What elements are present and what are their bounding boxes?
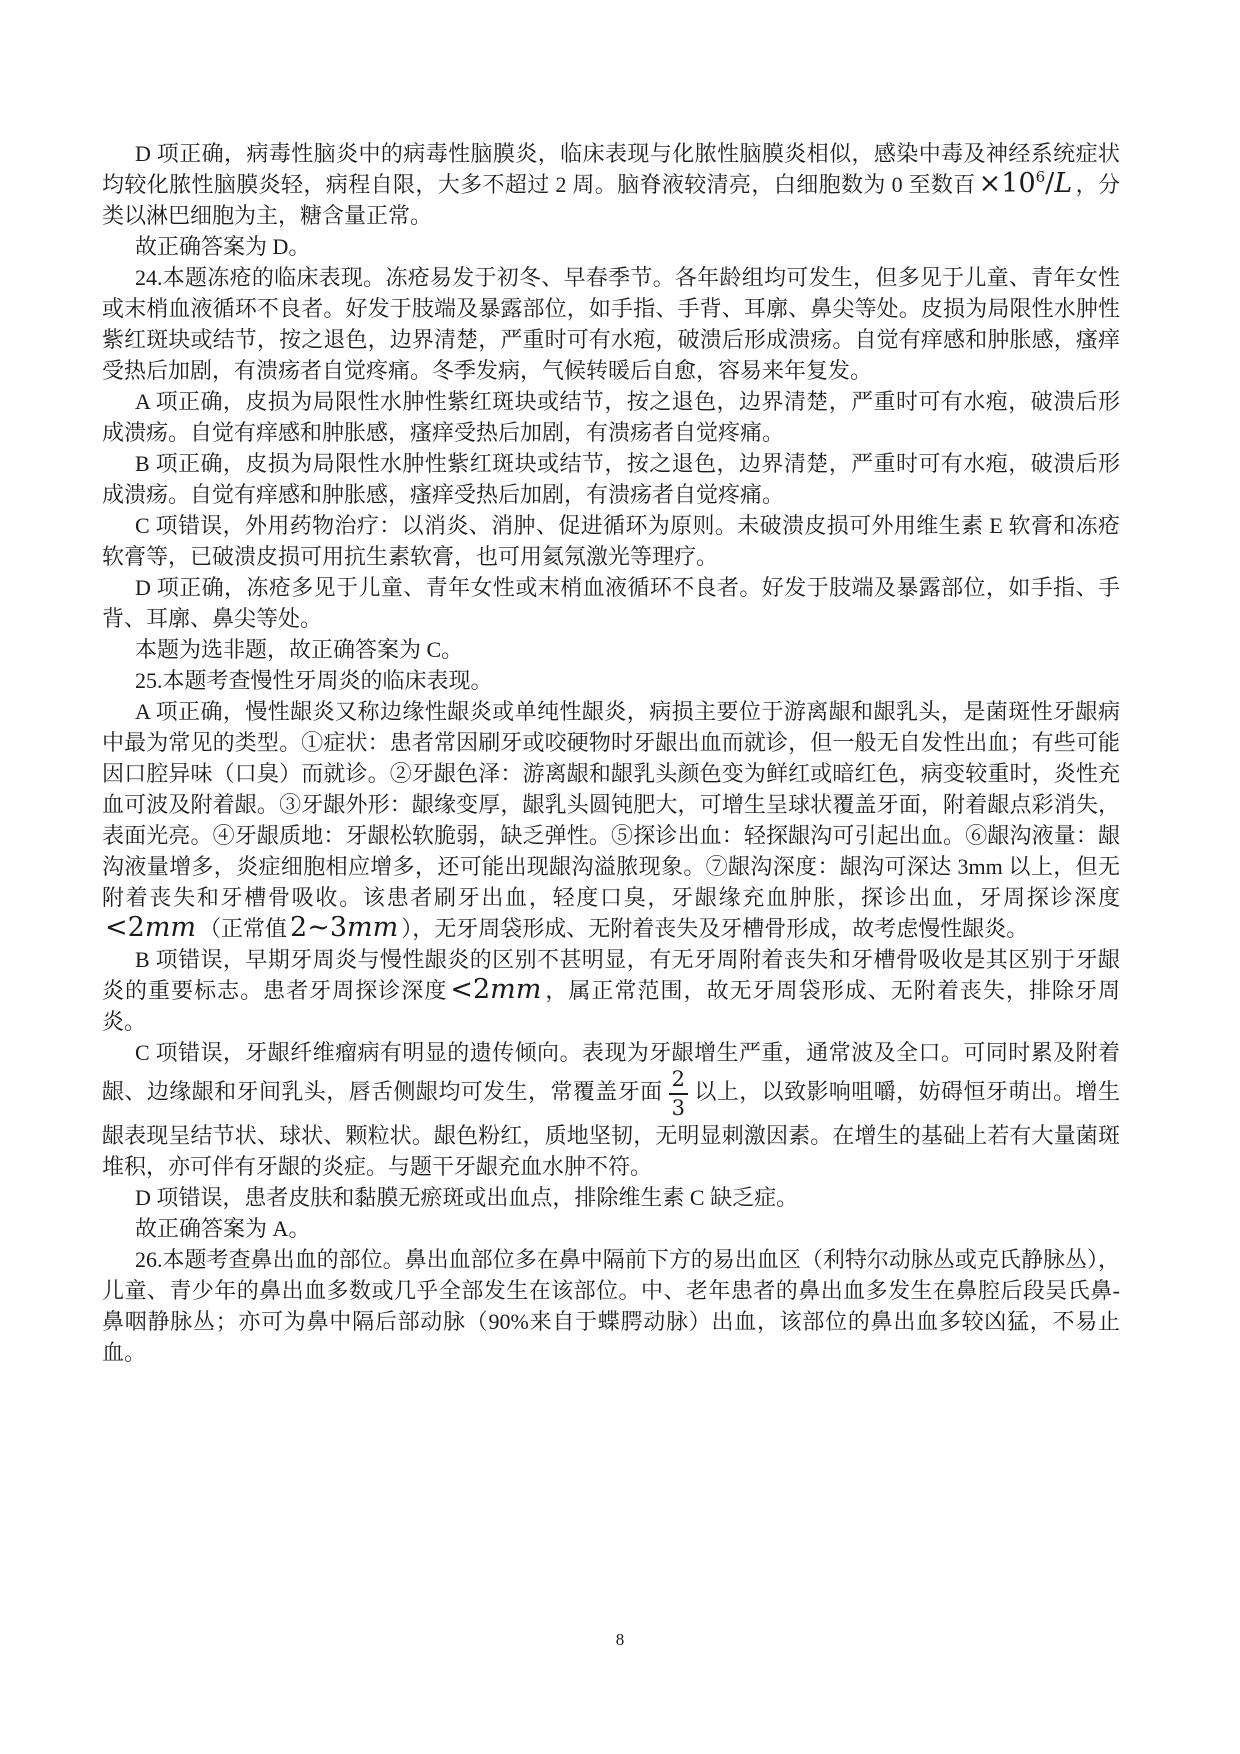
text-run: C 项错误，外用药物治疗：以消炎、消肿、促进循环为原则。未破溃皮损可外用维生素 … [102,513,1120,569]
text-run: 本题为选非题，故正确答案为 C。 [135,637,463,662]
math-fraction: 23 [669,1068,688,1120]
paragraph: 26.本题考查鼻出血的部位。鼻出血部位多在鼻中隔前下方的易出血区（利特尔动脉丛或… [102,1244,1120,1368]
paragraph: 25.本题考查慢性牙周炎的临床表现。 [102,665,1120,696]
paragraph: B 项正确，皮损为局限性水肿性紫红斑块或结节，按之退色，边界清楚，严重时可有水疱… [102,448,1120,510]
text-run: D 项正确，病毒性脑炎中的病毒性脑膜炎，临床表现与化脓性脑膜炎相似，感染中毒及神… [102,141,1120,197]
math-variable: mm [490,974,541,1005]
paragraph: 24.本题冻疮的临床表现。冻疮易发于初冬、早春季节。各年龄组均可发生，但多见于儿… [102,262,1120,386]
math-variable: mm [145,912,196,943]
paragraph: D 项正确，病毒性脑炎中的病毒性脑膜炎，临床表现与化脓性脑膜炎相似，感染中毒及神… [102,138,1120,231]
math-variable: mm [347,912,398,943]
math-scientific-notation: ×106/L [976,168,1076,199]
text-run: A 项正确，慢性龈炎又称边缘性龈炎或单纯性龈炎，病损主要位于游离龈和龈乳头，是菌… [102,699,1120,910]
math-variable: L [1054,168,1072,199]
paragraph: B 项错误，早期牙周炎与慢性龈炎的区别不甚明显，有无牙周附着丧失和牙槽骨吸收是其… [102,944,1120,1037]
paragraph: D 项错误，患者皮肤和黏膜无瘀斑或出血点，排除维生素 C 缺乏症。 [102,1182,1120,1213]
math-inline: <2mm [102,912,199,943]
fraction-denominator: 3 [669,1095,688,1120]
paragraph: C 项错误，牙龈纤维瘤病有明显的遗传倾向。表现为牙龈增生严重，通常波及全口。可同… [102,1037,1120,1182]
text-run: A 项正确，皮损为局限性水肿性紫红斑块或结节，按之退色，边界清楚，严重时可有水疱… [102,389,1120,445]
paragraph: A 项正确，慢性龈炎又称边缘性龈炎或单纯性龈炎，病损主要位于游离龈和龈乳头，是菌… [102,696,1120,944]
paragraph: 故正确答案为 D。 [102,231,1120,262]
text-run: 故正确答案为 A。 [135,1216,310,1241]
math-exponent: 6 [1036,168,1046,186]
text-run: D 项错误，患者皮肤和黏膜无瘀斑或出血点，排除维生素 C 缺乏症。 [135,1185,798,1210]
paragraph: 故正确答案为 A。 [102,1213,1120,1244]
text-run: 26.本题考查鼻出血的部位。鼻出血部位多在鼻中隔前下方的易出血区（利特尔动脉丛或… [102,1247,1120,1365]
paragraph: A 项正确，皮损为局限性水肿性紫红斑块或结节，按之退色，边界清楚，严重时可有水疱… [102,386,1120,448]
document-page: D 项正确，病毒性脑炎中的病毒性脑膜炎，临床表现与化脓性脑膜炎相似，感染中毒及神… [0,0,1240,1754]
text-run: ），无牙周袋形成、无附着丧失及牙槽骨形成，故考虑慢性龈炎。 [401,916,1028,941]
document-body: D 项正确，病毒性脑炎中的病毒性脑膜炎，临床表现与化脓性脑膜炎相似，感染中毒及神… [102,138,1120,1368]
text-run: 故正确答案为 D。 [135,234,310,259]
page-number: 8 [0,1630,1240,1650]
paragraph: D 项正确，冻疮多见于儿童、青年女性或末梢血液循环不良者。好发于肢端及暴露部位，… [102,572,1120,634]
text-run: B 项正确，皮损为局限性水肿性紫红斑块或结节，按之退色，边界清楚，严重时可有水疱… [102,451,1120,507]
text-run: 24.本题冻疮的临床表现。冻疮易发于初冬、早春季节。各年龄组均可发生，但多见于儿… [102,265,1120,383]
paragraph: C 项错误，外用药物治疗：以消炎、消肿、促进循环为原则。未破溃皮损可外用维生素 … [102,510,1120,572]
math-inline: 2~3mm [287,912,401,943]
math-inline: <2mm [447,974,544,1005]
text-run: D 项正确，冻疮多见于儿童、青年女性或末梢血液循环不良者。好发于肢端及暴露部位，… [102,575,1120,631]
paragraph: 本题为选非题，故正确答案为 C。 [102,634,1120,665]
text-run: 25.本题考查慢性牙周炎的临床表现。 [135,668,493,693]
text-run: （正常值 [199,916,287,941]
fraction-numerator: 2 [669,1068,688,1093]
